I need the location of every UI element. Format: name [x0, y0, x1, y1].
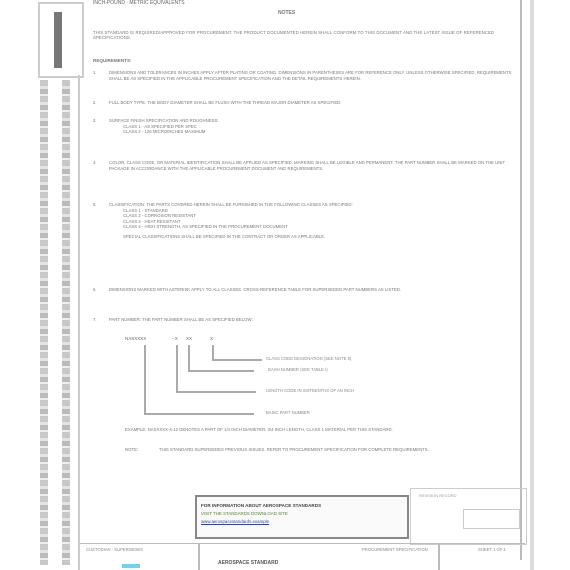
note-sub-item: CLASS 4 - HIGH STRENGTH, AS SPECIFIED IN…	[123, 224, 513, 230]
callout-line	[188, 370, 254, 372]
callout-line	[188, 345, 190, 372]
part-number-seg1: - X	[172, 336, 178, 341]
note-extra: SPECIAL CLASSIFICATIONS SHALL BE SPECIFI…	[123, 234, 513, 240]
right-edge	[530, 0, 534, 570]
revision-header: REVISION RECORD	[419, 493, 457, 498]
note-text: DIMENSIONS AND TOLERANCES IN INCHES APPL…	[109, 70, 513, 81]
note-2: 2. FULL BODY TYPE. THE BODY DIAMETER SHA…	[93, 100, 513, 106]
download-link[interactable]: www.aerospacestandards.example	[201, 519, 269, 524]
page-frame	[78, 0, 522, 560]
note-7: 7. PART NUMBER: THE PART NUMBER SHALL BE…	[93, 317, 513, 323]
logo-icon	[122, 564, 140, 568]
note-text: DIMENSIONS MARKED WITH ASTERISK APPLY TO…	[109, 287, 513, 293]
note-5: 5. CLASSIFICATION: THE PARTS COVERED HER…	[93, 202, 513, 239]
note-text: FULL BODY TYPE. THE BODY DIAMETER SHALL …	[109, 100, 513, 106]
part-number-example: EXAMPLE: NASXXXX-4-12 DENOTES A PART OF …	[125, 427, 515, 433]
callout-label: LENGTH CODE IN SIXTEENTHS OF AN INCH	[266, 388, 354, 393]
note-number: 3.	[93, 118, 97, 124]
note-number: 5.	[93, 202, 97, 208]
part-number-base: NASXXXX	[125, 336, 146, 341]
download-info-box: FOR INFORMATION ABOUT AEROSPACE STANDARD…	[195, 495, 409, 539]
info-line: FOR INFORMATION ABOUT AEROSPACE STANDARD…	[201, 503, 321, 508]
revision-box: REVISION RECORD	[410, 488, 527, 545]
note-1: 1. DIMENSIONS AND TOLERANCES IN INCHES A…	[93, 70, 513, 81]
note-6: 6. DIMENSIONS MARKED WITH ASTERISK APPLY…	[93, 287, 513, 293]
divider	[198, 544, 200, 570]
document-id-barcode	[54, 12, 62, 68]
callout-label: DASH NUMBER (SEE TABLE I)	[268, 367, 328, 372]
note-text: COLOR, CLASS CODE, OR MATERIAL IDENTIFIC…	[109, 160, 513, 171]
left-margin-strip-2	[62, 80, 70, 565]
note-text: THIS STANDARD SUPERSEDES PREVIOUS ISSUES…	[159, 447, 515, 453]
revision-inner-box	[463, 509, 520, 529]
callout-line	[176, 345, 178, 392]
note-sub-item: CLASS 2 - 125 MICROINCHES MAXIMUM	[123, 129, 513, 135]
note-4: 4. COLOR, CLASS CODE, OR MATERIAL IDENTI…	[93, 160, 513, 171]
note-number: 6.	[93, 287, 97, 293]
divider	[438, 544, 440, 570]
part-number-seg2: XX	[186, 336, 192, 341]
requirements-heading: REQUIREMENTS:	[93, 58, 132, 63]
note-number: 1.	[93, 70, 97, 76]
callout-label: BASIC PART NUMBER	[266, 410, 310, 415]
note-label: NOTE:	[125, 447, 138, 453]
title-block-spec: PROCUREMENT SPECIFICATION	[362, 547, 428, 552]
callout-line	[176, 391, 256, 393]
example-text: EXAMPLE: NASXXXX-4-12 DENOTES A PART OF …	[125, 427, 515, 433]
left-margin-strip	[40, 80, 48, 565]
document-title: AEROSPACE STANDARD	[218, 560, 278, 566]
header-line: INCH-POUND · METRIC EQUIVALENTS	[93, 0, 185, 6]
note-number: 4.	[93, 160, 97, 166]
note-text: PART NUMBER: THE PART NUMBER SHALL BE AS…	[109, 317, 513, 323]
notes-title: NOTES	[278, 10, 295, 16]
callout-line	[212, 359, 262, 361]
note-3: 3. SURFACE FINISH SPECIFICATION AND ROUG…	[93, 118, 513, 135]
note-number: 2.	[93, 100, 97, 106]
document-page: INCH-POUND · METRIC EQUIVALENTS NOTES TH…	[0, 0, 570, 570]
info-line: VISIT THE STANDARDS DOWNLOAD SITE	[201, 511, 288, 516]
callout-label: CLASS CODE DESIGNATION (SEE NOTE 5)	[266, 356, 351, 361]
part-number-note: NOTE: THIS STANDARD SUPERSEDES PREVIOUS …	[125, 447, 515, 453]
title-block-left: CUSTODIAN · SUPERSEDES	[86, 547, 143, 552]
callout-line	[144, 413, 254, 415]
part-number-seg3: X	[210, 336, 213, 341]
title-block-sheet: SHEET 1 OF 1	[478, 547, 506, 552]
note-number: 7.	[93, 317, 97, 323]
title-block: CUSTODIAN · SUPERSEDES PROCUREMENT SPECI…	[80, 543, 525, 570]
intro-text: THIS STANDARD IS REQUIRED/APPROVED FOR P…	[93, 30, 513, 41]
callout-line	[144, 345, 146, 414]
